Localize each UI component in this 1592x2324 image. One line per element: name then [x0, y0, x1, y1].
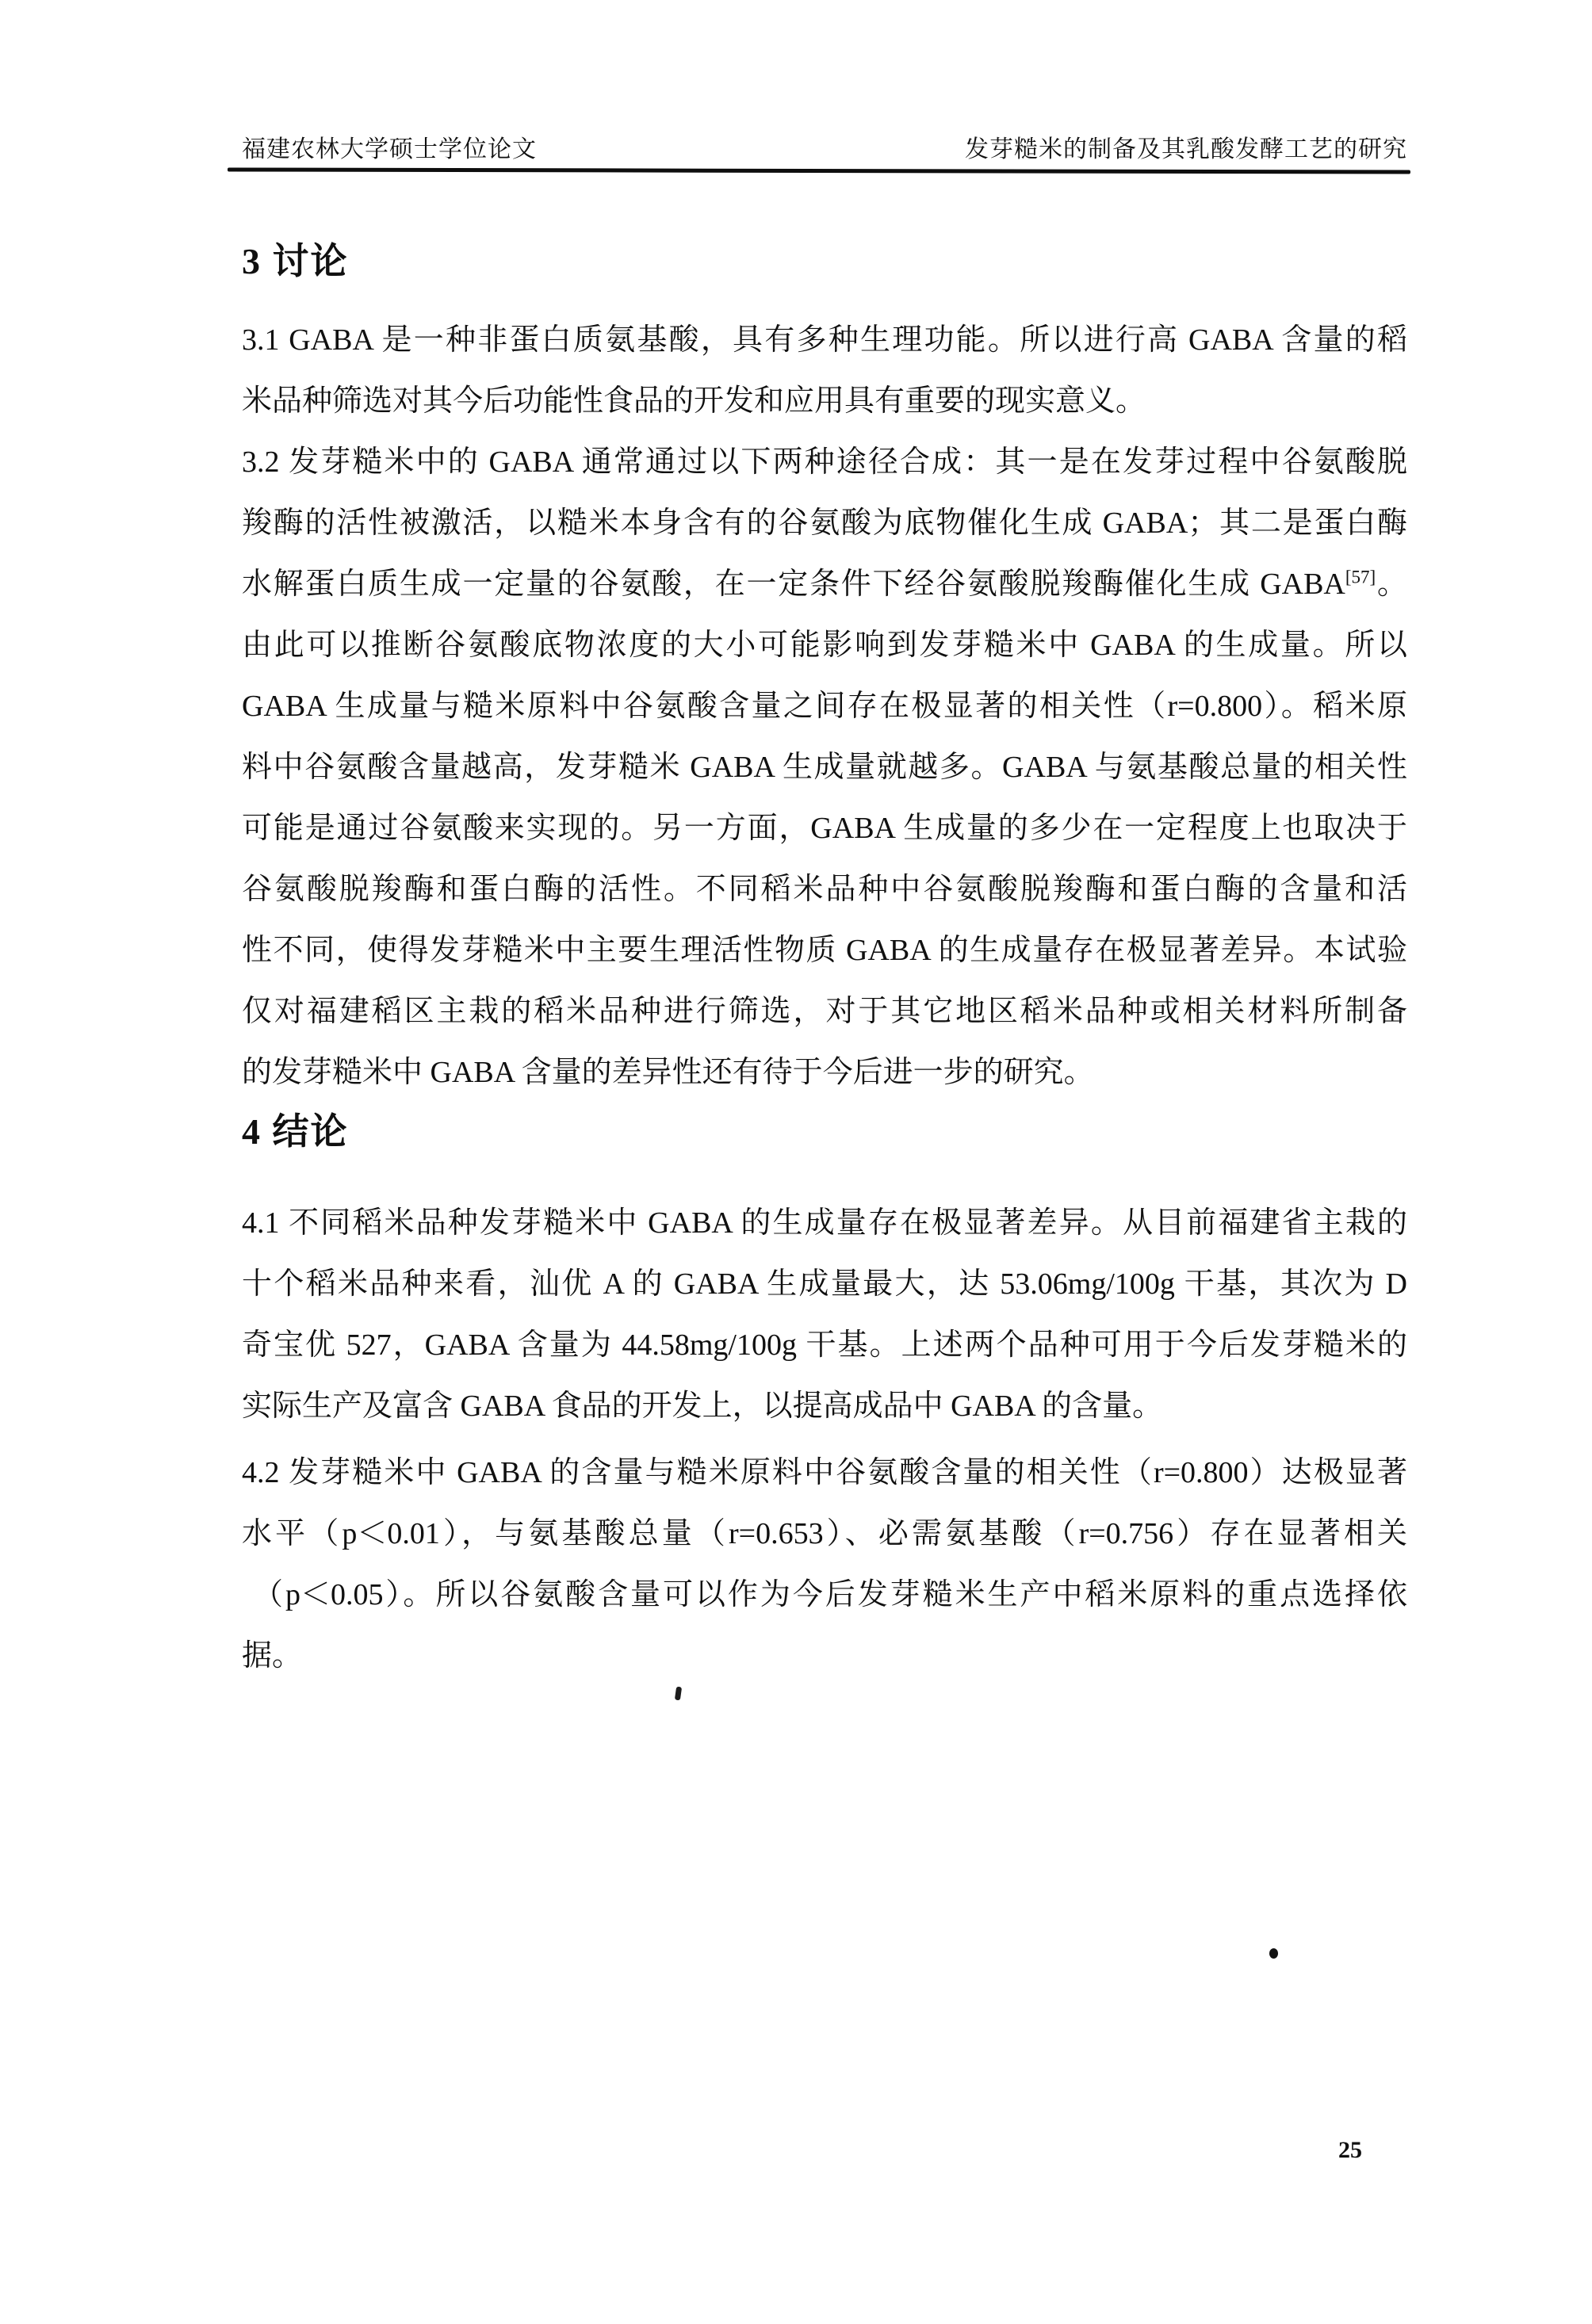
text-line: 4.1 不同稻米品种发芽糙米中 GABA 的生成量存在极显著差异。从目前福建省主…	[242, 1193, 1407, 1254]
citation-line-text: 水解蛋白质生成一定量的谷氨酸，在一定条件下经谷氨酸脱羧酶催化生成 GABA	[242, 568, 1345, 601]
ink-speck	[675, 1687, 682, 1701]
text-line: 可能是通过谷氨酸来实现的。另一方面，GABA 生成量的多少在一定程度上也取决于	[242, 798, 1407, 859]
text-line: 的发芽糙米中 GABA 含量的差异性还有待于今后进一步的研究。	[242, 1042, 1407, 1103]
paragraph-3-1: 3.1 GABA 是一种非蛋白质氨基酸，具有多种生理功能。所以进行高 GABA …	[242, 310, 1407, 432]
page-header: 福建农林大学硕士学位论文 发芽糙米的制备及其乳酸发酵工艺的研究	[242, 129, 1407, 164]
text-line: 由此可以推断谷氨酸底物浓度的大小可能影响到发芽糙米中 GABA 的生成量。所以	[242, 615, 1407, 676]
text-line-with-citation: 水解蛋白质生成一定量的谷氨酸，在一定条件下经谷氨酸脱羧酶催化生成 GABA[57…	[242, 554, 1407, 615]
paragraph-4-1: 4.1 不同稻米品种发芽糙米中 GABA 的生成量存在极显著差异。从目前福建省主…	[242, 1193, 1407, 1437]
text-line: 3.1 GABA 是一种非蛋白质氨基酸，具有多种生理功能。所以进行高 GABA …	[242, 310, 1407, 371]
text-line: 据。	[242, 1626, 1407, 1687]
text-line: 3.2 发芽糙米中的 GABA 通常通过以下两种途径合成：其一是在发芽过程中谷氨…	[242, 432, 1407, 493]
text-line: GABA 生成量与糙米原料中谷氨酸含量之间存在极显著的相关性（r=0.800）。…	[242, 676, 1407, 737]
text-line: 米品种筛选对其今后功能性食品的开发和应用具有重要的现实意义。	[242, 371, 1407, 432]
header-left-title: 福建农林大学硕士学位论文	[242, 129, 537, 164]
text-line: （p＜0.05）。所以谷氨酸含量可以作为今后发芽糙米生产中稻米原料的重点选择依	[242, 1565, 1407, 1626]
text-line: 奇宝优 527，GABA 含量为 44.58mg/100g 干基。上述两个品种可…	[242, 1315, 1407, 1376]
text-line: 性不同，使得发芽糙米中主要生理活性物质 GABA 的生成量存在极显著差异。本试验	[242, 920, 1407, 981]
citation-line-end: 。	[1376, 568, 1407, 601]
header-rule	[228, 167, 1410, 174]
text-line: 4.2 发芽糙米中 GABA 的含量与糙米原料中谷氨酸含量的相关性（r=0.80…	[242, 1443, 1407, 1504]
section-heading-conclusion: 4 结论	[242, 1108, 1407, 1156]
thesis-scan-page: 福建农林大学硕士学位论文 发芽糙米的制备及其乳酸发酵工艺的研究 3 讨论 3.1…	[0, 0, 1592, 2324]
paragraph-3-2: 3.2 发芽糙米中的 GABA 通常通过以下两种途径合成：其一是在发芽过程中谷氨…	[242, 432, 1407, 1103]
text-line: 十个稻米品种来看，汕优 A 的 GABA 生成量最大，达 53.06mg/100…	[242, 1254, 1407, 1315]
header-right-title: 发芽糙米的制备及其乳酸发酵工艺的研究	[965, 129, 1407, 164]
citation-reference: [57]	[1345, 567, 1376, 587]
text-line: 实际生产及富含 GABA 食品的开发上，以提高成品中 GABA 的含量。	[242, 1376, 1407, 1437]
text-line: 料中谷氨酸含量越高，发芽糙米 GABA 生成量就越多。GABA 与氨基酸总量的相…	[242, 737, 1407, 798]
text-line: 谷氨酸脱羧酶和蛋白酶的活性。不同稻米品种中谷氨酸脱羧酶和蛋白酶的含量和活	[242, 859, 1407, 920]
section-heading-discussion: 3 讨论	[242, 238, 1407, 285]
ink-speck	[1269, 1948, 1278, 1959]
paragraph-4-2: 4.2 发芽糙米中 GABA 的含量与糙米原料中谷氨酸含量的相关性（r=0.80…	[242, 1443, 1407, 1687]
text-line: 仅对福建稻区主栽的稻米品种进行筛选，对于其它地区稻米品种或相关材料所制备	[242, 981, 1407, 1042]
page-number: 25	[1338, 2137, 1362, 2164]
text-line: 水平（p＜0.01），与氨基酸总量（r=0.653）、必需氨基酸（r=0.756…	[242, 1504, 1407, 1565]
text-line: 羧酶的活性被激活，以糙米本身含有的谷氨酸为底物催化生成 GABA；其二是蛋白酶	[242, 493, 1407, 554]
